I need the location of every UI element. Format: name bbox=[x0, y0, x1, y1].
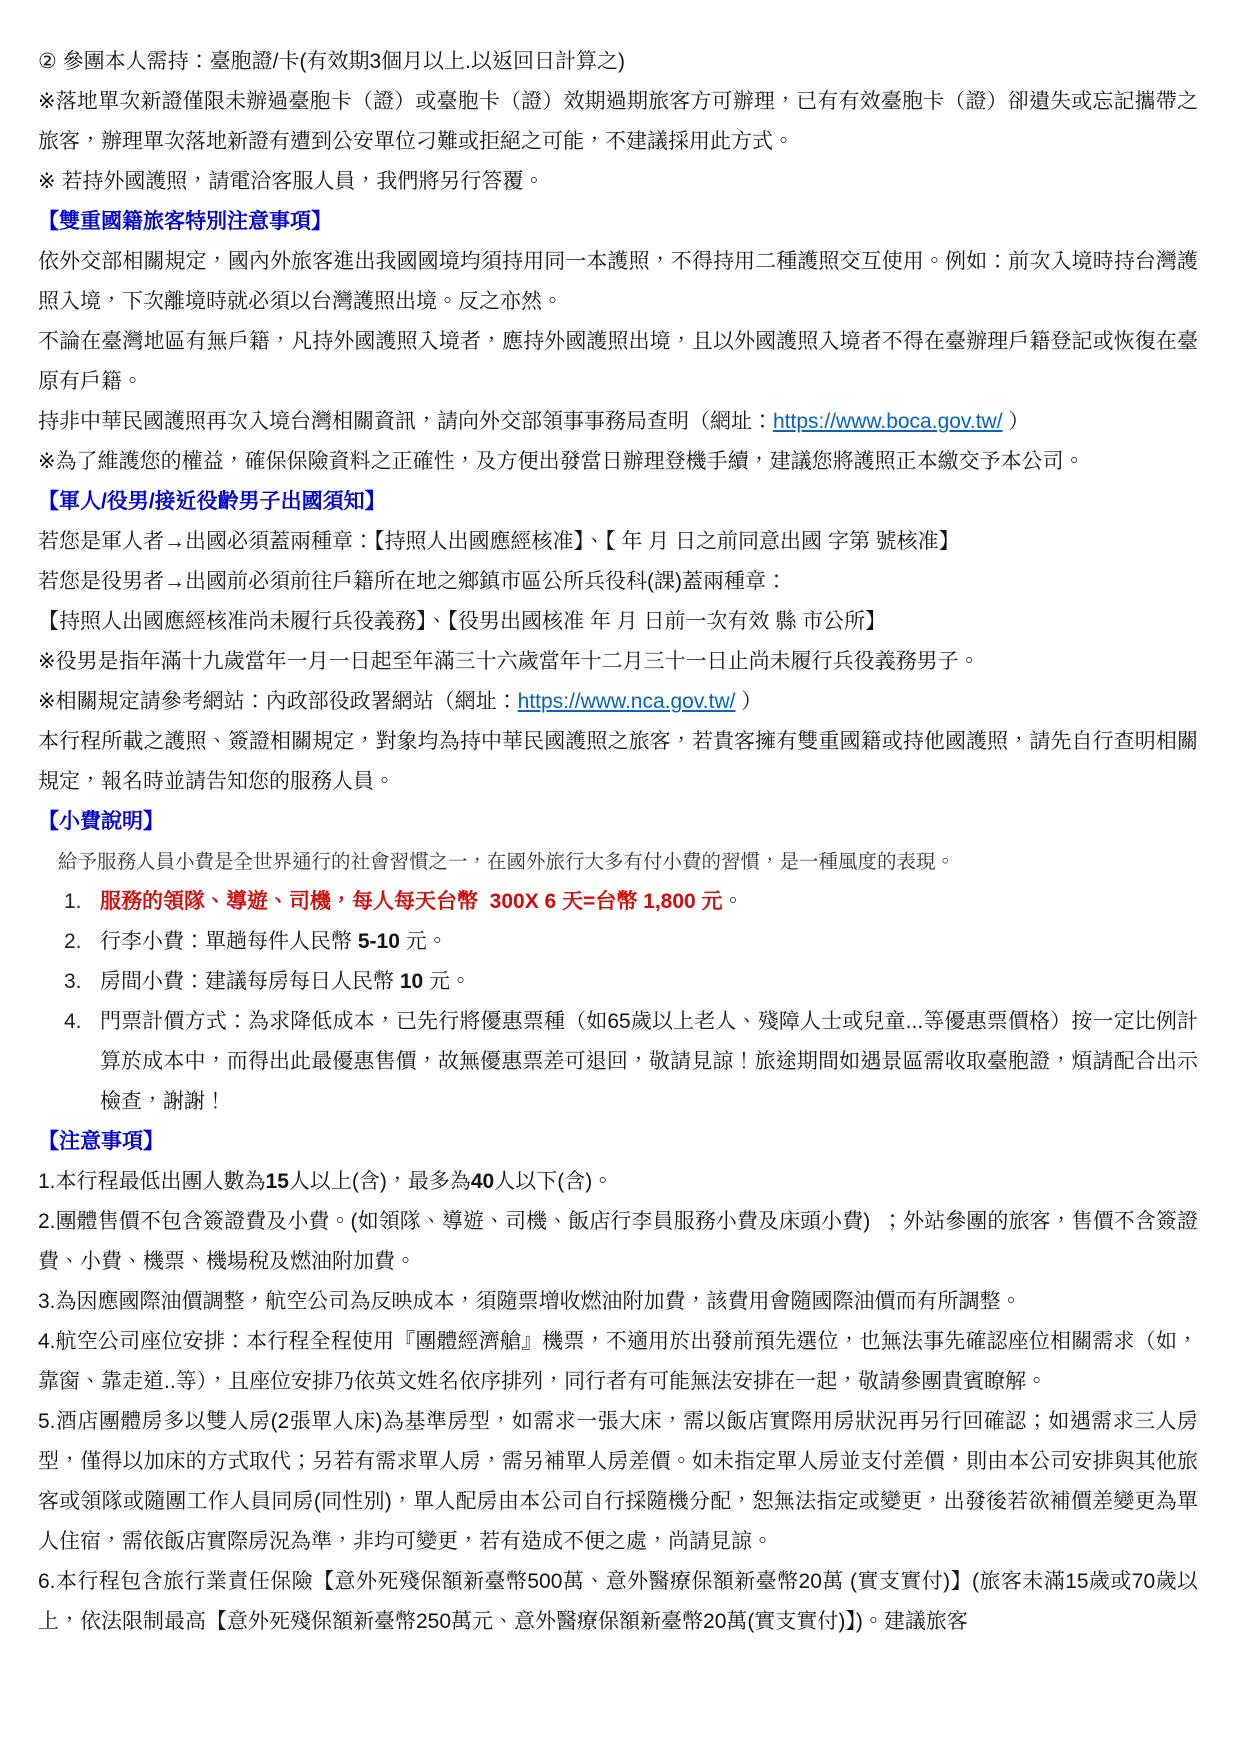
section-heading: 【軍人/役男/接近役齡男子出國須知】 bbox=[38, 482, 1198, 522]
paragraph: ※為了維護您的權益，確保保險資料之正確性，及方便出發當日辦理登機手續，建議您將護… bbox=[38, 442, 1198, 482]
text-run: 【注意事項】 bbox=[38, 1130, 164, 1153]
paragraph: 2.團體售價不包含簽證費及小費。(如領隊、導遊、司機、飯店行李員服務小費及床頭小… bbox=[38, 1202, 1198, 1282]
text-run: 。 bbox=[723, 890, 744, 913]
text-run: 2.團體售價不包含簽證費及小費。(如領隊、導遊、司機、飯店行李員服務小費及床頭小… bbox=[38, 1210, 1198, 1273]
paragraph: 5.酒店團體房多以雙人房(2張單人床)為基準房型，如需求一張大床，需以飯店實際用… bbox=[38, 1402, 1198, 1562]
text-run: ※役男是指年滿十九歲當年一月一日起至年滿三十六歲當年十二月三十一日止尚未履行兵役… bbox=[38, 650, 980, 673]
paragraph: 若您是軍人者→出國必須蓋兩種章：【持照人出國應經核准】、【 年 月 日之前同意出… bbox=[38, 522, 1198, 562]
list-text: 服務的領隊、導遊、司機，每人每天台幣 300X 6 天=台幣 1,800 元。 bbox=[100, 882, 1198, 922]
paragraph: ② 參團本人需持：臺胞證/卡(有效期3個月以上.以返回日計算之) bbox=[38, 42, 1198, 82]
text-run: 【軍人/役男/接近役齡男子出國須知】 bbox=[38, 490, 386, 513]
text-run: 元。 bbox=[423, 970, 471, 993]
boca-link[interactable]: https://www.boca.gov.tw/ bbox=[773, 410, 1003, 433]
paragraph: 若您是役男者→出國前必須前往戶籍所在地之鄉鎮市區公所兵役科(課)蓋兩種章： bbox=[38, 562, 1198, 602]
text-run: 依外交部相關規定，國內外旅客進出我國國境均須持用同一本護照，不得持用二種護照交互… bbox=[38, 250, 1198, 313]
paragraph: 依外交部相關規定，國內外旅客進出我國國境均須持用同一本護照，不得持用二種護照交互… bbox=[38, 242, 1198, 322]
text-run: 人以上(含)，最多為 bbox=[289, 1170, 471, 1193]
list-item: 3.房間小費：建議每房每日人民幣 10 元。 bbox=[38, 962, 1198, 1002]
text-run: 【持照人出國應經核准尚未履行兵役義務】、【役男出國核准 年 月 日前一次有效 縣… bbox=[38, 610, 886, 633]
text-run: 5.酒店團體房多以雙人房(2張單人床)為基準房型，如需求一張大床，需以飯店實際用… bbox=[38, 1410, 1198, 1553]
text-run: 若您是役男者→出國前必須前往戶籍所在地之鄉鎮市區公所兵役科(課)蓋兩種章： bbox=[38, 570, 787, 593]
text-run: 給予服務人員小費是全世界通行的社會習慣之一，在國外旅行大多有付小費的習慣，是一種… bbox=[58, 851, 955, 873]
paragraph: 本行程所載之護照、簽證相關規定，對象均為持中華民國護照之旅客，若貴客擁有雙重國籍… bbox=[38, 722, 1198, 802]
paragraph: 【持照人出國應經核准尚未履行兵役義務】、【役男出國核准 年 月 日前一次有效 縣… bbox=[38, 602, 1198, 642]
text-run: ※為了維護您的權益，確保保險資料之正確性，及方便出發當日辦理登機手續，建議您將護… bbox=[38, 450, 1085, 473]
paragraph: 不論在臺灣地區有無戶籍，凡持外國護照入境者，應持外國護照出境，且以外國護照入境者… bbox=[38, 322, 1198, 402]
list-number: 3. bbox=[64, 962, 100, 1002]
document-page: ② 參團本人需持：臺胞證/卡(有效期3個月以上.以返回日計算之)※落地單次新證僅… bbox=[0, 0, 1240, 1672]
text-run: ※落地單次新證僅限未辦過臺胞卡（證）或臺胞卡（證）效期過期旅客方可辦理，已有有效… bbox=[38, 90, 1198, 153]
paragraph: ※ 若持外國護照，請電洽客服人員，我們將另行答覆。 bbox=[38, 162, 1198, 202]
list-text: 房間小費：建議每房每日人民幣 10 元。 bbox=[100, 962, 1198, 1002]
text-run: 持非中華民國護照再次入境台灣相關資訊，請向外交部領事事務局查明（網址： bbox=[38, 410, 773, 433]
text-run: ） bbox=[735, 690, 762, 713]
paragraph: ※落地單次新證僅限未辦過臺胞卡（證）或臺胞卡（證）效期過期旅客方可辦理，已有有效… bbox=[38, 82, 1198, 162]
paragraph: 6.本行程包含旅行業責任保險【意外死殘保額新臺幣500萬、意外醫療保額新臺幣20… bbox=[38, 1562, 1198, 1642]
text-run: 5-10 bbox=[358, 930, 400, 953]
paragraph: ※役男是指年滿十九歲當年一月一日起至年滿三十六歲當年十二月三十一日止尚未履行兵役… bbox=[38, 642, 1198, 682]
text-run: 門票計價方式：為求降低成本，已先行將優惠票種（如65歲以上老人、殘障人士或兒童.… bbox=[100, 1010, 1198, 1113]
text-run: 4.航空公司座位安排：本行程全程使用『團體經濟艙』機票，不適用於出發前預先選位，… bbox=[38, 1330, 1198, 1393]
list-number: 4. bbox=[64, 1002, 100, 1122]
text-run: 6.本行程包含旅行業責任保險【意外死殘保額新臺幣500萬、意外醫療保額新臺幣20… bbox=[38, 1570, 1198, 1633]
paragraph: ※相關規定請參考網站：內政部役政署網站（網址：https://www.nca.g… bbox=[38, 682, 1198, 722]
text-run: ② 參團本人需持：臺胞證/卡(有效期3個月以上.以返回日計算之) bbox=[38, 50, 625, 73]
list-number: 1. bbox=[64, 882, 100, 922]
text-run: 【雙重國籍旅客特別注意事項】 bbox=[38, 210, 332, 233]
text-run: 40 bbox=[471, 1170, 494, 1193]
list-item: 1.服務的領隊、導遊、司機，每人每天台幣 300X 6 天=台幣 1,800 元… bbox=[38, 882, 1198, 922]
paragraph: 1.本行程最低出團人數為15人以上(含)，最多為40人以下(含)。 bbox=[38, 1162, 1198, 1202]
section-heading: 【雙重國籍旅客特別注意事項】 bbox=[38, 202, 1198, 242]
text-run: ） bbox=[1003, 410, 1030, 433]
text-run: 若您是軍人者→出國必須蓋兩種章：【持照人出國應經核准】、【 年 月 日之前同意出… bbox=[38, 530, 960, 553]
text-run: 房間小費：建議每房每日人民幣 bbox=[100, 970, 400, 993]
text-run: 10 bbox=[400, 970, 423, 993]
text-run: ※ 若持外國護照，請電洽客服人員，我們將另行答覆。 bbox=[38, 170, 544, 193]
text-run: 服務的領隊、導遊、司機，每人每天台幣 300X 6 天=台幣 1,800 元 bbox=[100, 890, 723, 913]
section-heading: 【注意事項】 bbox=[38, 1122, 1198, 1162]
paragraph: 4.航空公司座位安排：本行程全程使用『團體經濟艙』機票，不適用於出發前預先選位，… bbox=[38, 1322, 1198, 1402]
list-item: 4.門票計價方式：為求降低成本，已先行將優惠票種（如65歲以上老人、殘障人士或兒… bbox=[38, 1002, 1198, 1122]
section-heading: 【小費說明】 bbox=[38, 802, 1198, 842]
text-run: 3.為因應國際油價調整，航空公司為反映成本，須隨票增收燃油附加費，該費用會隨國際… bbox=[38, 1290, 1022, 1313]
text-run: 不論在臺灣地區有無戶籍，凡持外國護照入境者，應持外國護照出境，且以外國護照入境者… bbox=[38, 330, 1198, 393]
text-run: ※相關規定請參考網站：內政部役政署網站（網址： bbox=[38, 690, 518, 713]
text-run: 15 bbox=[266, 1170, 289, 1193]
text-run: 人以下(含)。 bbox=[494, 1170, 613, 1193]
text-run: 1.本行程最低出團人數為 bbox=[38, 1170, 266, 1193]
paragraph: 持非中華民國護照再次入境台灣相關資訊，請向外交部領事事務局查明（網址：https… bbox=[38, 402, 1198, 442]
paragraph: 3.為因應國際油價調整，航空公司為反映成本，須隨票增收燃油附加費，該費用會隨國際… bbox=[38, 1282, 1198, 1322]
list-text: 行李小費：單趟每件人民幣 5-10 元。 bbox=[100, 922, 1198, 962]
list-number: 2. bbox=[64, 922, 100, 962]
text-run: 本行程所載之護照、簽證相關規定，對象均為持中華民國護照之旅客，若貴客擁有雙重國籍… bbox=[38, 730, 1198, 793]
list-text: 門票計價方式：為求降低成本，已先行將優惠票種（如65歲以上老人、殘障人士或兒童.… bbox=[100, 1002, 1198, 1122]
nca-link[interactable]: https://www.nca.gov.tw/ bbox=[518, 690, 736, 713]
text-run: 行李小費：單趟每件人民幣 bbox=[100, 930, 358, 953]
text-run: 【小費說明】 bbox=[38, 810, 164, 833]
text-run: 元。 bbox=[400, 930, 448, 953]
paragraph: 給予服務人員小費是全世界通行的社會習慣之一，在國外旅行大多有付小費的習慣，是一種… bbox=[38, 842, 1198, 882]
list-item: 2.行李小費：單趟每件人民幣 5-10 元。 bbox=[38, 922, 1198, 962]
